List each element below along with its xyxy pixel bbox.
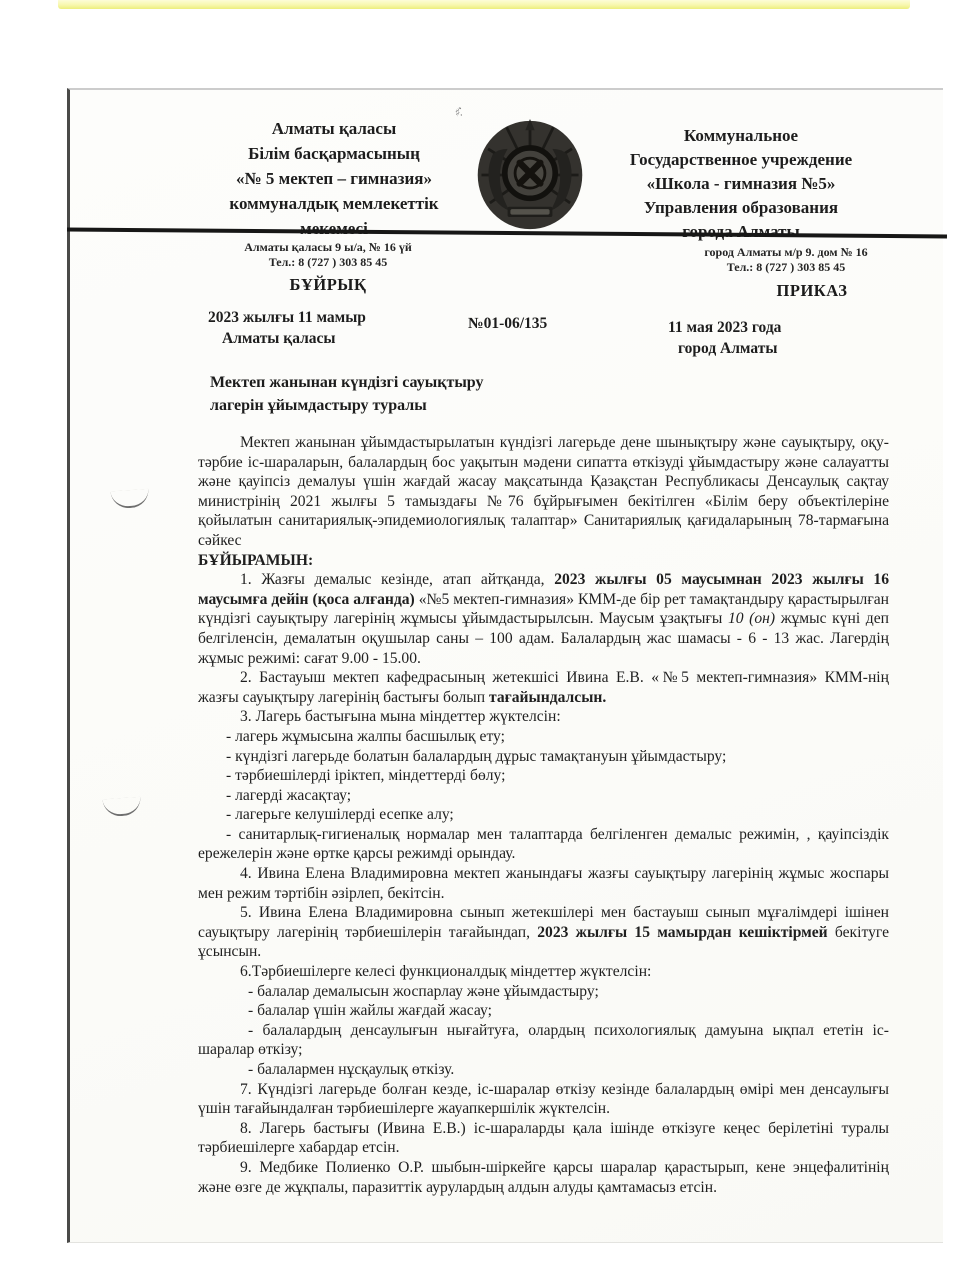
body-paragraph: 6.Тәрбиешілерге келесі функционалдық мін… bbox=[198, 962, 889, 982]
text-run: 6.Тәрбиешілерге келесі функционалдық мін… bbox=[240, 963, 651, 980]
order-subject: Мектеп жанынан күндізгі сауықтыру лагері… bbox=[210, 371, 484, 417]
body-paragraph: - тәрбиешілерді іріктеп, міндеттерді бөл… bbox=[198, 766, 889, 786]
order-number: №01-06/135 bbox=[468, 313, 547, 334]
org-line: Білім басқармасының bbox=[188, 141, 480, 166]
text-run: - балалар демалысын жоспарлау және ұйымд… bbox=[248, 983, 599, 1000]
org-header-kazakh: Алматы қаласы Білім басқармасының «№ 5 м… bbox=[188, 116, 480, 241]
text-run: - санитарлық-гигиеналық нормалар мен тал… bbox=[198, 826, 889, 863]
text-run: 9. Медбике Полиенко О.Р. шыбын-шіркейге … bbox=[198, 1159, 889, 1196]
body-paragraph: - балалар үшін жайлы жағдай жасау; bbox=[198, 1001, 889, 1021]
org-line: Коммунальное bbox=[588, 124, 894, 148]
body-paragraph: Мектеп жанынан ұйымдастырылатын күндізгі… bbox=[198, 433, 889, 551]
top-yellow-strip bbox=[58, 0, 910, 9]
org-line: Управления образования bbox=[588, 196, 894, 220]
document-body: Мектеп жанынан ұйымдастырылатын күндізгі… bbox=[198, 433, 889, 1197]
text-run: - балалар үшін жайлы жағдай жасау; bbox=[248, 1002, 492, 1019]
subject-line: Мектеп жанынан күндізгі сауықтыру bbox=[210, 371, 484, 394]
body-paragraph: - санитарлық-гигиеналық нормалар мен тал… bbox=[198, 825, 889, 864]
body-paragraph: - балалар демалысын жоспарлау және ұйымд… bbox=[198, 982, 889, 1002]
body-paragraph: - лагерьге келушілерді есепке алу; bbox=[198, 805, 889, 825]
org-line: коммуналдық мемлекеттік bbox=[188, 191, 480, 216]
text-run: 8. Лагерь бастығы (Ивина Е.В.) іс-шарала… bbox=[198, 1120, 889, 1157]
scanned-document-page: ♯⁚̇ Алматы қаласы Білім басқармасының «№… bbox=[0, 0, 960, 1280]
phone-line: Тел.: 8 (727 ) 303 85 45 bbox=[628, 260, 944, 275]
body-paragraph: 4. Ивина Елена Владимировна мектеп жанын… bbox=[198, 864, 889, 903]
text-run: БҰЙЫРАМЫН: bbox=[198, 552, 313, 569]
text-run: 7. Күндізгі лагерьде болған кезде, іс-ша… bbox=[198, 1081, 889, 1118]
text-run: - балалардың денсаулығын нығайтуға, олар… bbox=[198, 1022, 889, 1059]
address-block-russian: город Алматы м/р 9. дом № 16 Тел.: 8 (72… bbox=[628, 245, 944, 275]
scan-pen-mark bbox=[110, 489, 149, 510]
document-sheet: ♯⁚̇ Алматы қаласы Білім басқармасының «№… bbox=[67, 88, 943, 1243]
scan-pen-mark bbox=[102, 797, 141, 818]
text-run: - балалармен нұсқаулық өткізу. bbox=[248, 1061, 454, 1078]
body-paragraph: БҰЙЫРАМЫН: bbox=[198, 551, 889, 571]
phone-line: Тел.: 8 (727 ) 303 85 45 bbox=[178, 255, 478, 270]
order-title-russian: ПРИКАЗ bbox=[662, 281, 960, 301]
body-paragraph: 7. Күндізгі лагерьде болған кезде, іс-ша… bbox=[198, 1080, 889, 1119]
text-run: 1. Жазғы демалыс кезінде, атап айтқанда, bbox=[240, 571, 554, 588]
body-paragraph: 8. Лагерь бастығы (Ивина Е.В.) іс-шарала… bbox=[198, 1119, 889, 1158]
body-paragraph: - балалардың денсаулығын нығайтуға, олар… bbox=[198, 1021, 889, 1060]
org-line: «Школа - гимназия №5» bbox=[588, 172, 894, 196]
kazakhstan-coat-of-arms-icon bbox=[474, 116, 586, 234]
body-paragraph: - лагерді жасақтау; bbox=[198, 786, 889, 806]
body-paragraph: 9. Медбике Полиенко О.Р. шыбын-шіркейге … bbox=[198, 1158, 889, 1197]
text-run: 2023 жылғы 15 мамырдан кешіктірмей bbox=[537, 924, 827, 941]
text-run: Мектеп жанынан ұйымдастырылатын күндізгі… bbox=[198, 434, 889, 549]
text-run: 4. Ивина Елена Владимировна мектеп жанын… bbox=[198, 865, 889, 902]
subject-line: лагерін ұйымдастыру туралы bbox=[210, 394, 484, 417]
place-line: Алматы қаласы bbox=[208, 328, 366, 349]
order-date-kazakh: 2023 жылғы 11 мамыр Алматы қаласы bbox=[208, 307, 366, 349]
address-block-kazakh: Алматы қаласы 9 ы/а, № 16 үй Тел.: 8 (72… bbox=[178, 240, 478, 270]
body-paragraph: 5. Ивина Елена Владимировна сынып жетекш… bbox=[198, 903, 889, 962]
date-line: 11 мая 2023 года bbox=[668, 317, 781, 338]
place-line: город Алматы bbox=[668, 338, 781, 359]
org-line: «№ 5 мектеп – гимназия» bbox=[188, 166, 480, 191]
org-line: Государственное учреждение bbox=[588, 148, 894, 172]
body-paragraph: 2. Бастауыш мектеп кафедрасының жетекшіс… bbox=[198, 668, 889, 707]
org-line: Алматы қаласы bbox=[188, 116, 480, 141]
text-run: - тәрбиешілерді іріктеп, міндеттерді бөл… bbox=[226, 767, 505, 784]
address-line: Алматы қаласы 9 ы/а, № 16 үй bbox=[178, 240, 478, 255]
text-run: тағайындалсын. bbox=[489, 689, 606, 706]
body-paragraph: - балалармен нұсқаулық өткізу. bbox=[198, 1060, 889, 1080]
order-title-kazakh: БҰЙРЫҚ bbox=[178, 275, 478, 295]
date-line: 2023 жылғы 11 мамыр bbox=[208, 307, 366, 328]
text-run: - лагерь жұмысына жалпы басшылық ету; bbox=[226, 728, 505, 745]
text-run: - күндізгі лагерьде болатын балалардың д… bbox=[226, 748, 726, 765]
body-paragraph: - лагерь жұмысына жалпы басшылық ету; bbox=[198, 727, 889, 747]
body-paragraph: - күндізгі лагерьде болатын балалардың д… bbox=[198, 747, 889, 767]
address-line: город Алматы м/р 9. дом № 16 bbox=[628, 245, 944, 260]
text-run: - лагерьге келушілерді есепке алу; bbox=[226, 806, 454, 823]
text-run: 3. Лагерь бастығына мына міндеттер жүкте… bbox=[240, 708, 561, 725]
body-paragraph: 3. Лагерь бастығына мына міндеттер жүкте… bbox=[198, 707, 889, 727]
order-date-russian: 11 мая 2023 года город Алматы bbox=[668, 317, 781, 359]
org-header-russian: Коммунальное Государственное учреждение … bbox=[588, 124, 894, 244]
text-run: 10 (он) bbox=[728, 610, 775, 627]
body-paragraph: 1. Жазғы демалыс кезінде, атап айтқанда,… bbox=[198, 570, 889, 668]
text-run: - лагерді жасақтау; bbox=[226, 787, 351, 804]
